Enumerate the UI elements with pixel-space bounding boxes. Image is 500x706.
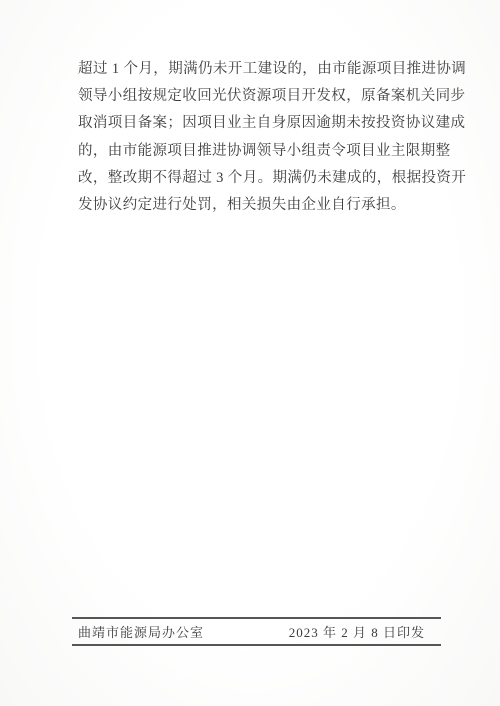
print-date: 2023 年 2 月 8 日印发 xyxy=(289,622,425,641)
colophon-footer: 曲靖市能源局办公室 2023 年 2 月 8 日印发 xyxy=(72,617,441,646)
body-line: 发协议约定进行处罚，相关损失由企业自行承担。 xyxy=(78,192,427,219)
body-line: 改，整改期不得超过 3 个月。期满仍未建成的，根据投资开 xyxy=(78,165,427,192)
body-line: 取消项目备案；因项目业主自身原因逾期未按投资协议建成 xyxy=(78,110,427,137)
body-line: 的，由市能源项目推进协调领导小组责令项目业主限期整 xyxy=(78,138,427,165)
body-line: 超过 1 个月，期满仍未开工建设的，由市能源项目推进协调 xyxy=(78,56,427,83)
document-body-paragraph: 超过 1 个月，期满仍未开工建设的，由市能源项目推进协调 领导小组按规定收回光伏… xyxy=(78,56,427,219)
body-line: 领导小组按规定收回光伏资源项目开发权，原备案机关同步 xyxy=(78,83,427,110)
scanned-document-page: { "page": { "background": "#fcfcfb", "te… xyxy=(0,0,500,706)
issuing-office: 曲靖市能源局办公室 xyxy=(78,622,204,641)
